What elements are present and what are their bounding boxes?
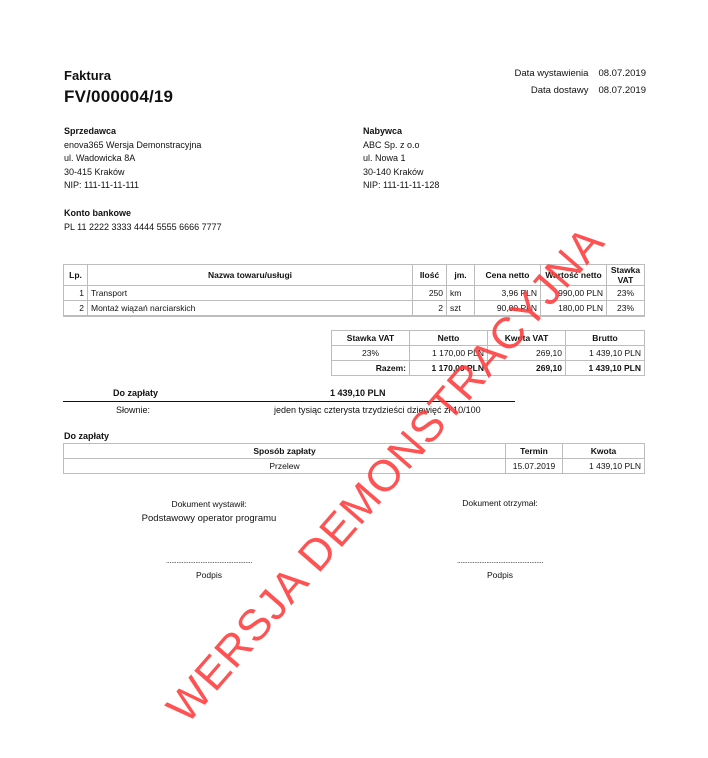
col-qty: Ilość	[413, 265, 447, 286]
seller-name: enova365 Wersja Demonstracyjna	[64, 139, 201, 153]
receiver-signature-block: Dokument otrzymał:	[400, 498, 600, 508]
table-row: 1 Transport 250 km 3,96 PLN 990,00 PLN 2…	[64, 286, 645, 301]
payment-method: Przelew	[64, 459, 506, 474]
delivery-date-value: 08.07.2019	[598, 85, 646, 102]
item-lp: 2	[64, 301, 88, 317]
vat-net: 1 170,00 PLN	[410, 346, 488, 361]
buyer-name: ABC Sp. z o.o	[363, 139, 439, 153]
payment-table: Sposób zapłaty Termin Kwota Przelew 15.0…	[63, 443, 645, 474]
col-net: Wartość netto	[541, 265, 607, 286]
total-label: Razem:	[332, 361, 410, 376]
col-vat-amount: Kwota VAT	[488, 331, 566, 346]
bank-account: PL 11 2222 3333 4444 5555 6666 7777	[64, 221, 222, 235]
payment-heading: Do zapłaty	[64, 431, 109, 441]
bank-block: Konto bankowe PL 11 2222 3333 4444 5555 …	[64, 207, 222, 234]
invoice-number: FV/000004/19	[64, 87, 173, 107]
item-name: Transport	[88, 286, 413, 301]
item-qty: 2	[413, 301, 447, 317]
seller-city: 30-415 Kraków	[64, 166, 201, 180]
issuer-name: Podstawowy operator programu	[109, 513, 309, 524]
dates-block: Data wystawienia 08.07.2019 Data dostawy…	[515, 68, 646, 102]
item-vat: 23%	[607, 286, 645, 301]
payment-header-row: Sposób zapłaty Termin Kwota	[64, 444, 645, 459]
amount-in-words: jeden tysiąc czterysta trzydzieści dziew…	[274, 405, 481, 415]
to-pay-amount: 1 439,10 PLN	[330, 388, 386, 398]
col-vat-rate: Stawka VAT	[332, 331, 410, 346]
amount-in-words-label: Słownie:	[116, 405, 150, 415]
receiver-signature-line: ........................................…	[400, 556, 600, 565]
buyer-city: 30-140 Kraków	[363, 166, 439, 180]
total-gross: 1 439,10 PLN	[566, 361, 645, 376]
table-row: 23% 1 170,00 PLN 269,10 1 439,10 PLN	[332, 346, 645, 361]
table-row: 2 Montaż wiązań narciarskich 2 szt 90,00…	[64, 301, 645, 317]
seller-heading: Sprzedawca	[64, 125, 201, 139]
to-pay-label: Do zapłaty	[113, 388, 158, 398]
col-amount: Kwota	[563, 444, 645, 459]
item-name: Montaż wiązań narciarskich	[88, 301, 413, 317]
document-type: Faktura	[64, 68, 111, 83]
buyer-nip: NIP: 111-11-11-128	[363, 179, 439, 193]
vat-gross: 1 439,10 PLN	[566, 346, 645, 361]
receiver-sign-label: Podpis	[400, 570, 600, 580]
vat-total-row: Razem: 1 170,00 PLN 269,10 1 439,10 PLN	[332, 361, 645, 376]
total-net: 1 170,00 PLN	[410, 361, 488, 376]
vat-summary-table: Stawka VAT Netto Kwota VAT Brutto 23% 1 …	[331, 330, 645, 376]
col-due: Termin	[506, 444, 563, 459]
col-vat-gross: Brutto	[566, 331, 645, 346]
seller-street: ul. Wadowicka 8A	[64, 152, 201, 166]
col-method: Sposób zapłaty	[64, 444, 506, 459]
col-price: Cena netto	[475, 265, 541, 286]
issue-date-value: 08.07.2019	[598, 68, 646, 85]
vat-amount: 269,10	[488, 346, 566, 361]
vat-rate: 23%	[332, 346, 410, 361]
item-unit: szt	[447, 301, 475, 317]
item-unit: km	[447, 286, 475, 301]
table-row: Przelew 15.07.2019 1 439,10 PLN	[64, 459, 645, 474]
items-header-row: Lp. Nazwa towaru/usługi Ilość jm. Cena n…	[64, 265, 645, 286]
item-net: 180,00 PLN	[541, 301, 607, 317]
issuer-signature-block: Dokument wystawił: Podstawowy operator p…	[109, 499, 309, 524]
buyer-heading: Nabywca	[363, 125, 439, 139]
issue-date-row: Data wystawienia 08.07.2019	[515, 68, 646, 85]
seller-nip: NIP: 111-11-11-111	[64, 179, 201, 193]
buyer-street: ul. Nowa 1	[363, 152, 439, 166]
buyer-block: Nabywca ABC Sp. z o.o ul. Nowa 1 30-140 …	[363, 125, 439, 193]
item-qty: 250	[413, 286, 447, 301]
col-unit: jm.	[447, 265, 475, 286]
col-lp: Lp.	[64, 265, 88, 286]
payment-due: 15.07.2019	[506, 459, 563, 474]
bank-heading: Konto bankowe	[64, 207, 222, 221]
items-table: Lp. Nazwa towaru/usługi Ilość jm. Cena n…	[63, 264, 645, 317]
item-vat: 23%	[607, 301, 645, 317]
col-vat-net: Netto	[410, 331, 488, 346]
issue-date-label: Data wystawienia	[515, 68, 599, 85]
seller-block: Sprzedawca enova365 Wersja Demonstracyjn…	[64, 125, 201, 193]
col-name: Nazwa towaru/usługi	[88, 265, 413, 286]
receiver-label: Dokument otrzymał:	[400, 498, 600, 508]
item-price: 3,96 PLN	[475, 286, 541, 301]
divider	[63, 401, 515, 402]
issuer-label: Dokument wystawił:	[109, 499, 309, 509]
issuer-sign-label: Podpis	[109, 570, 309, 580]
issuer-signature-line: ........................................…	[109, 556, 309, 565]
total-vat: 269,10	[488, 361, 566, 376]
payment-amount: 1 439,10 PLN	[563, 459, 645, 474]
item-price: 90,00 PLN	[475, 301, 541, 317]
delivery-date-row: Data dostawy 08.07.2019	[515, 85, 646, 102]
item-net: 990,00 PLN	[541, 286, 607, 301]
col-vat: Stawka VAT	[607, 265, 645, 286]
vat-header-row: Stawka VAT Netto Kwota VAT Brutto	[332, 331, 645, 346]
delivery-date-label: Data dostawy	[515, 85, 599, 102]
item-lp: 1	[64, 286, 88, 301]
